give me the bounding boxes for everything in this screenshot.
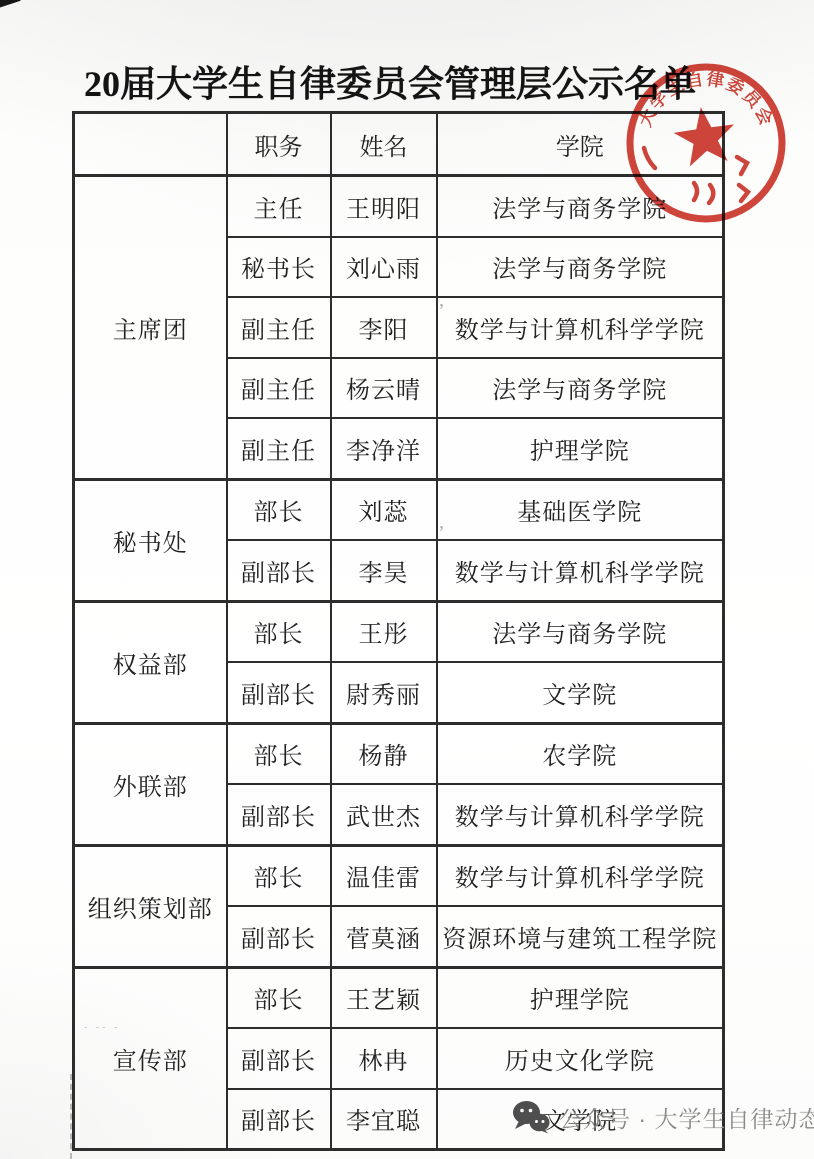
- seal-star-icon: [671, 103, 739, 168]
- name-cell: 刘心雨: [331, 237, 437, 298]
- header-name: 姓名: [331, 113, 437, 176]
- roster-table-body: 主席团主任王明阳法学与商务学院秘书长刘心雨法学与商务学院副主任李阳数学与计算机科…: [74, 176, 724, 1150]
- college-cell: 农学院: [437, 723, 724, 784]
- header-group: [74, 113, 227, 176]
- college-cell: 护理学院: [437, 418, 724, 479]
- position-cell: 副部长: [227, 1089, 331, 1150]
- table-row: 秘书处部长刘蕊基础医学院: [74, 479, 724, 540]
- college-cell: 数学与计算机科学学院: [437, 845, 724, 906]
- college-cell: 护理学院: [437, 967, 724, 1028]
- scanned-document-page: 20届大学生自律委员会管理层公示名单 职务 姓名 学院 主席团主任王明阳法学与商…: [0, 0, 814, 1159]
- group-cell: 宣传部: [74, 967, 227, 1150]
- position-cell: 副主任: [227, 418, 331, 479]
- scan-corner-artifact: [0, 0, 21, 9]
- footer-watermark: 公众号 · 大学生自律动态: [512, 1100, 814, 1134]
- position-cell: 部长: [227, 967, 331, 1028]
- position-cell: 副部长: [227, 1028, 331, 1089]
- group-cell: 组织策划部: [74, 845, 227, 967]
- table-row: 外联部部长杨静农学院: [74, 723, 724, 784]
- college-cell: 基础医学院: [437, 479, 724, 540]
- name-cell: 王彤: [331, 601, 437, 662]
- position-cell: 副主任: [227, 358, 331, 419]
- scan-dashed-line-artifact: [70, 1074, 72, 1159]
- position-cell: 秘书长: [227, 237, 331, 298]
- college-cell: 法学与商务学院: [437, 237, 724, 298]
- group-cell: 权益部: [74, 601, 227, 723]
- watermark-text: 公众号 · 大学生自律动态: [559, 1101, 814, 1134]
- roster-table: 职务 姓名 学院 主席团主任王明阳法学与商务学院秘书长刘心雨法学与商务学院副主任…: [72, 111, 725, 1151]
- scan-speck: - -- -: [84, 1022, 120, 1033]
- header-position: 职务: [227, 113, 331, 176]
- red-seal-stamp: 大学生自律委员会: [606, 43, 806, 243]
- table-row: 宣传部部长王艺颖护理学院: [74, 967, 724, 1028]
- name-cell: 杨云晴: [331, 358, 437, 419]
- table-row: 权益部部长王彤法学与商务学院: [74, 601, 724, 662]
- name-cell: 李阳: [331, 297, 437, 358]
- name-cell: 温佳雷: [331, 845, 437, 906]
- college-cell: 文学院: [437, 662, 724, 723]
- college-cell: 数学与计算机科学学院: [437, 540, 724, 601]
- name-cell: 李净洋: [331, 418, 437, 479]
- position-cell: 部长: [227, 479, 331, 540]
- name-cell: 菅莫涵: [331, 906, 437, 967]
- position-cell: 部长: [227, 723, 331, 784]
- table-row: 组织策划部部长温佳雷数学与计算机科学学院: [74, 845, 724, 906]
- position-cell: 副部长: [227, 784, 331, 845]
- position-cell: 副部长: [227, 540, 331, 601]
- position-cell: 部长: [227, 845, 331, 906]
- wechat-icon: [512, 1100, 550, 1134]
- name-cell: 王明阳: [331, 176, 437, 237]
- name-cell: 李昊: [331, 540, 437, 601]
- position-cell: 主任: [227, 176, 331, 237]
- name-cell: 刘蕊: [331, 479, 437, 540]
- position-cell: 副部长: [227, 662, 331, 723]
- college-cell: 法学与商务学院: [437, 601, 724, 662]
- name-cell: 王艺颖: [331, 967, 437, 1028]
- college-cell: 历史文化学院: [437, 1028, 724, 1089]
- position-cell: 部长: [227, 601, 331, 662]
- scan-speck: ’: [438, 522, 445, 545]
- name-cell: 武世杰: [331, 784, 437, 845]
- name-cell: 李宜聪: [331, 1089, 437, 1150]
- position-cell: 副主任: [227, 297, 331, 358]
- name-cell: 林冉: [331, 1028, 437, 1089]
- scan-speck: ’: [438, 300, 445, 323]
- college-cell: 数学与计算机科学学院: [437, 297, 724, 358]
- name-cell: 杨静: [331, 723, 437, 784]
- college-cell: 数学与计算机科学学院: [437, 784, 724, 845]
- group-cell: 秘书处: [74, 479, 227, 601]
- position-cell: 副部长: [227, 906, 331, 967]
- group-cell: 外联部: [74, 723, 227, 845]
- college-cell: 资源环境与建筑工程学院: [437, 906, 724, 967]
- group-cell: 主席团: [74, 176, 227, 480]
- name-cell: 尉秀丽: [331, 662, 437, 723]
- college-cell: 法学与商务学院: [437, 358, 724, 419]
